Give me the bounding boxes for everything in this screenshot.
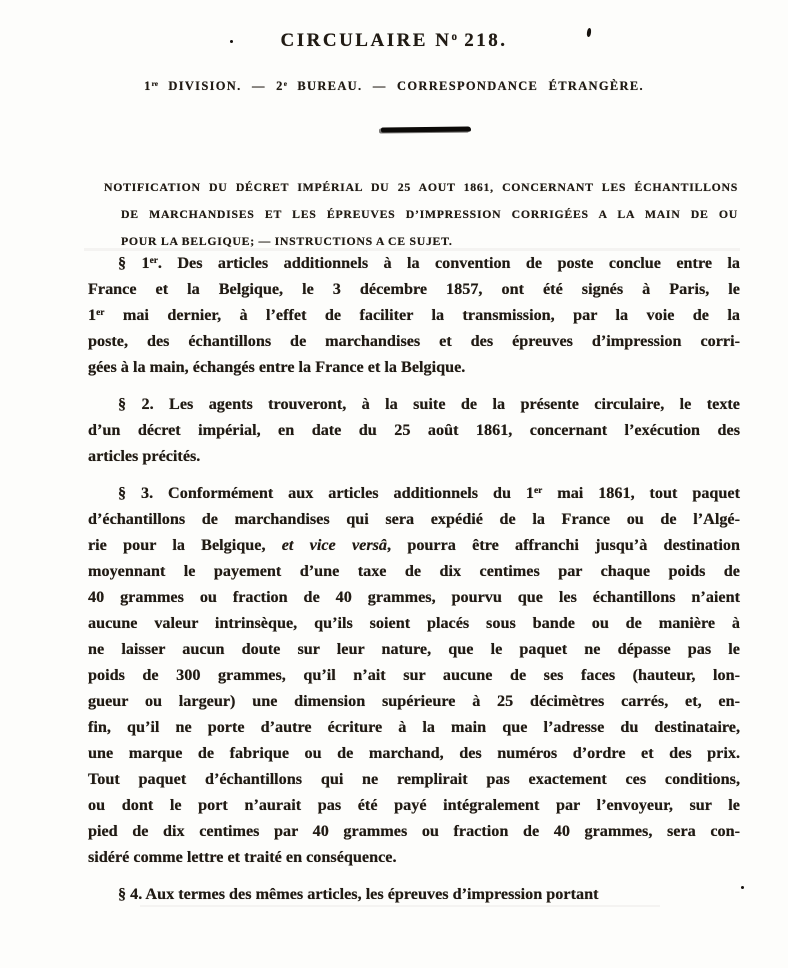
ink-speck xyxy=(741,886,744,889)
subject-line: NOTIFICATION DU DÉCRET IMPÉRIAL DU 25 AO… xyxy=(104,174,738,201)
decorative-rule xyxy=(381,127,471,133)
paragraph-1: § 1er. Des articles additionnels à la co… xyxy=(88,250,740,380)
text-line: rie pour la Belgique, et vice versâ, pou… xyxy=(88,532,740,558)
paragraph-4: § 4. Aux termes des mêmes articles, les … xyxy=(88,881,740,907)
text-line: poids de 300 grammes, qu’il n’ait sur au… xyxy=(88,662,740,688)
text-line: 1er mai dernier, à l’effet de faciliter … xyxy=(88,302,740,328)
paragraph-3: § 3. Conformément aux articles additionn… xyxy=(88,480,740,870)
text-line: sidéré comme lettre et traité en conséqu… xyxy=(88,844,740,870)
page-title: CIRCULAIRE No 218. xyxy=(0,30,788,52)
text-line: moyennant le payement d’une taxe de dix … xyxy=(88,558,740,584)
text-line: fin, qu’il ne porte d’autre écriture à l… xyxy=(88,714,740,740)
text-line: aucune valeur intrinsèque, qu’ils soient… xyxy=(88,610,740,636)
text-line: § 2. Les agents trouveront, à la suite d… xyxy=(88,391,740,417)
text-line: 40 grammes ou fraction de 40 grammes, po… xyxy=(88,584,740,610)
text-line: France et la Belgique, le 3 décembre 185… xyxy=(88,276,740,302)
division-header: 1re DIVISION. — 2e BUREAU. — CORRESPONDA… xyxy=(0,79,788,94)
subject-line: DE MARCHANDISES ET LES ÉPREUVES D’IMPRES… xyxy=(104,201,738,228)
text-line: gueur ou largeur) une dimension supérieu… xyxy=(88,688,740,714)
document-body: § 1er. Des articles additionnels à la co… xyxy=(88,250,740,907)
text-line: d’un décret impérial, en date du 25 août… xyxy=(88,417,740,443)
text-line: Tout paquet d’échantillons qui ne rempli… xyxy=(88,766,740,792)
text-line: d’échantillons de marchandises qui sera … xyxy=(88,506,740,532)
text-line: pied de dix centimes par 40 grammes ou f… xyxy=(88,818,740,844)
paragraph-2: § 2. Les agents trouveront, à la suite d… xyxy=(88,391,740,469)
subject-block: NOTIFICATION DU DÉCRET IMPÉRIAL DU 25 AO… xyxy=(104,174,738,255)
text-line: une marque de fabrique ou de marchand, d… xyxy=(88,740,740,766)
text-line: ne laisser aucun doute sur leur nature, … xyxy=(88,636,740,662)
ink-speck xyxy=(230,40,233,43)
text-line: § 4. Aux termes des mêmes articles, les … xyxy=(88,881,740,907)
text-line: gées à la main, échangés entre la France… xyxy=(88,354,740,380)
scanned-page: CIRCULAIRE No 218. 1re DIVISION. — 2e BU… xyxy=(0,0,788,968)
text-line: ou dont le port n’aurait pas été payé in… xyxy=(88,792,740,818)
text-line: articles précités. xyxy=(88,443,740,469)
text-line: § 3. Conformément aux articles additionn… xyxy=(88,480,740,506)
text-line: § 1er. Des articles additionnels à la co… xyxy=(88,250,740,276)
text-line: poste, des échantillons de marchandises … xyxy=(88,328,740,354)
